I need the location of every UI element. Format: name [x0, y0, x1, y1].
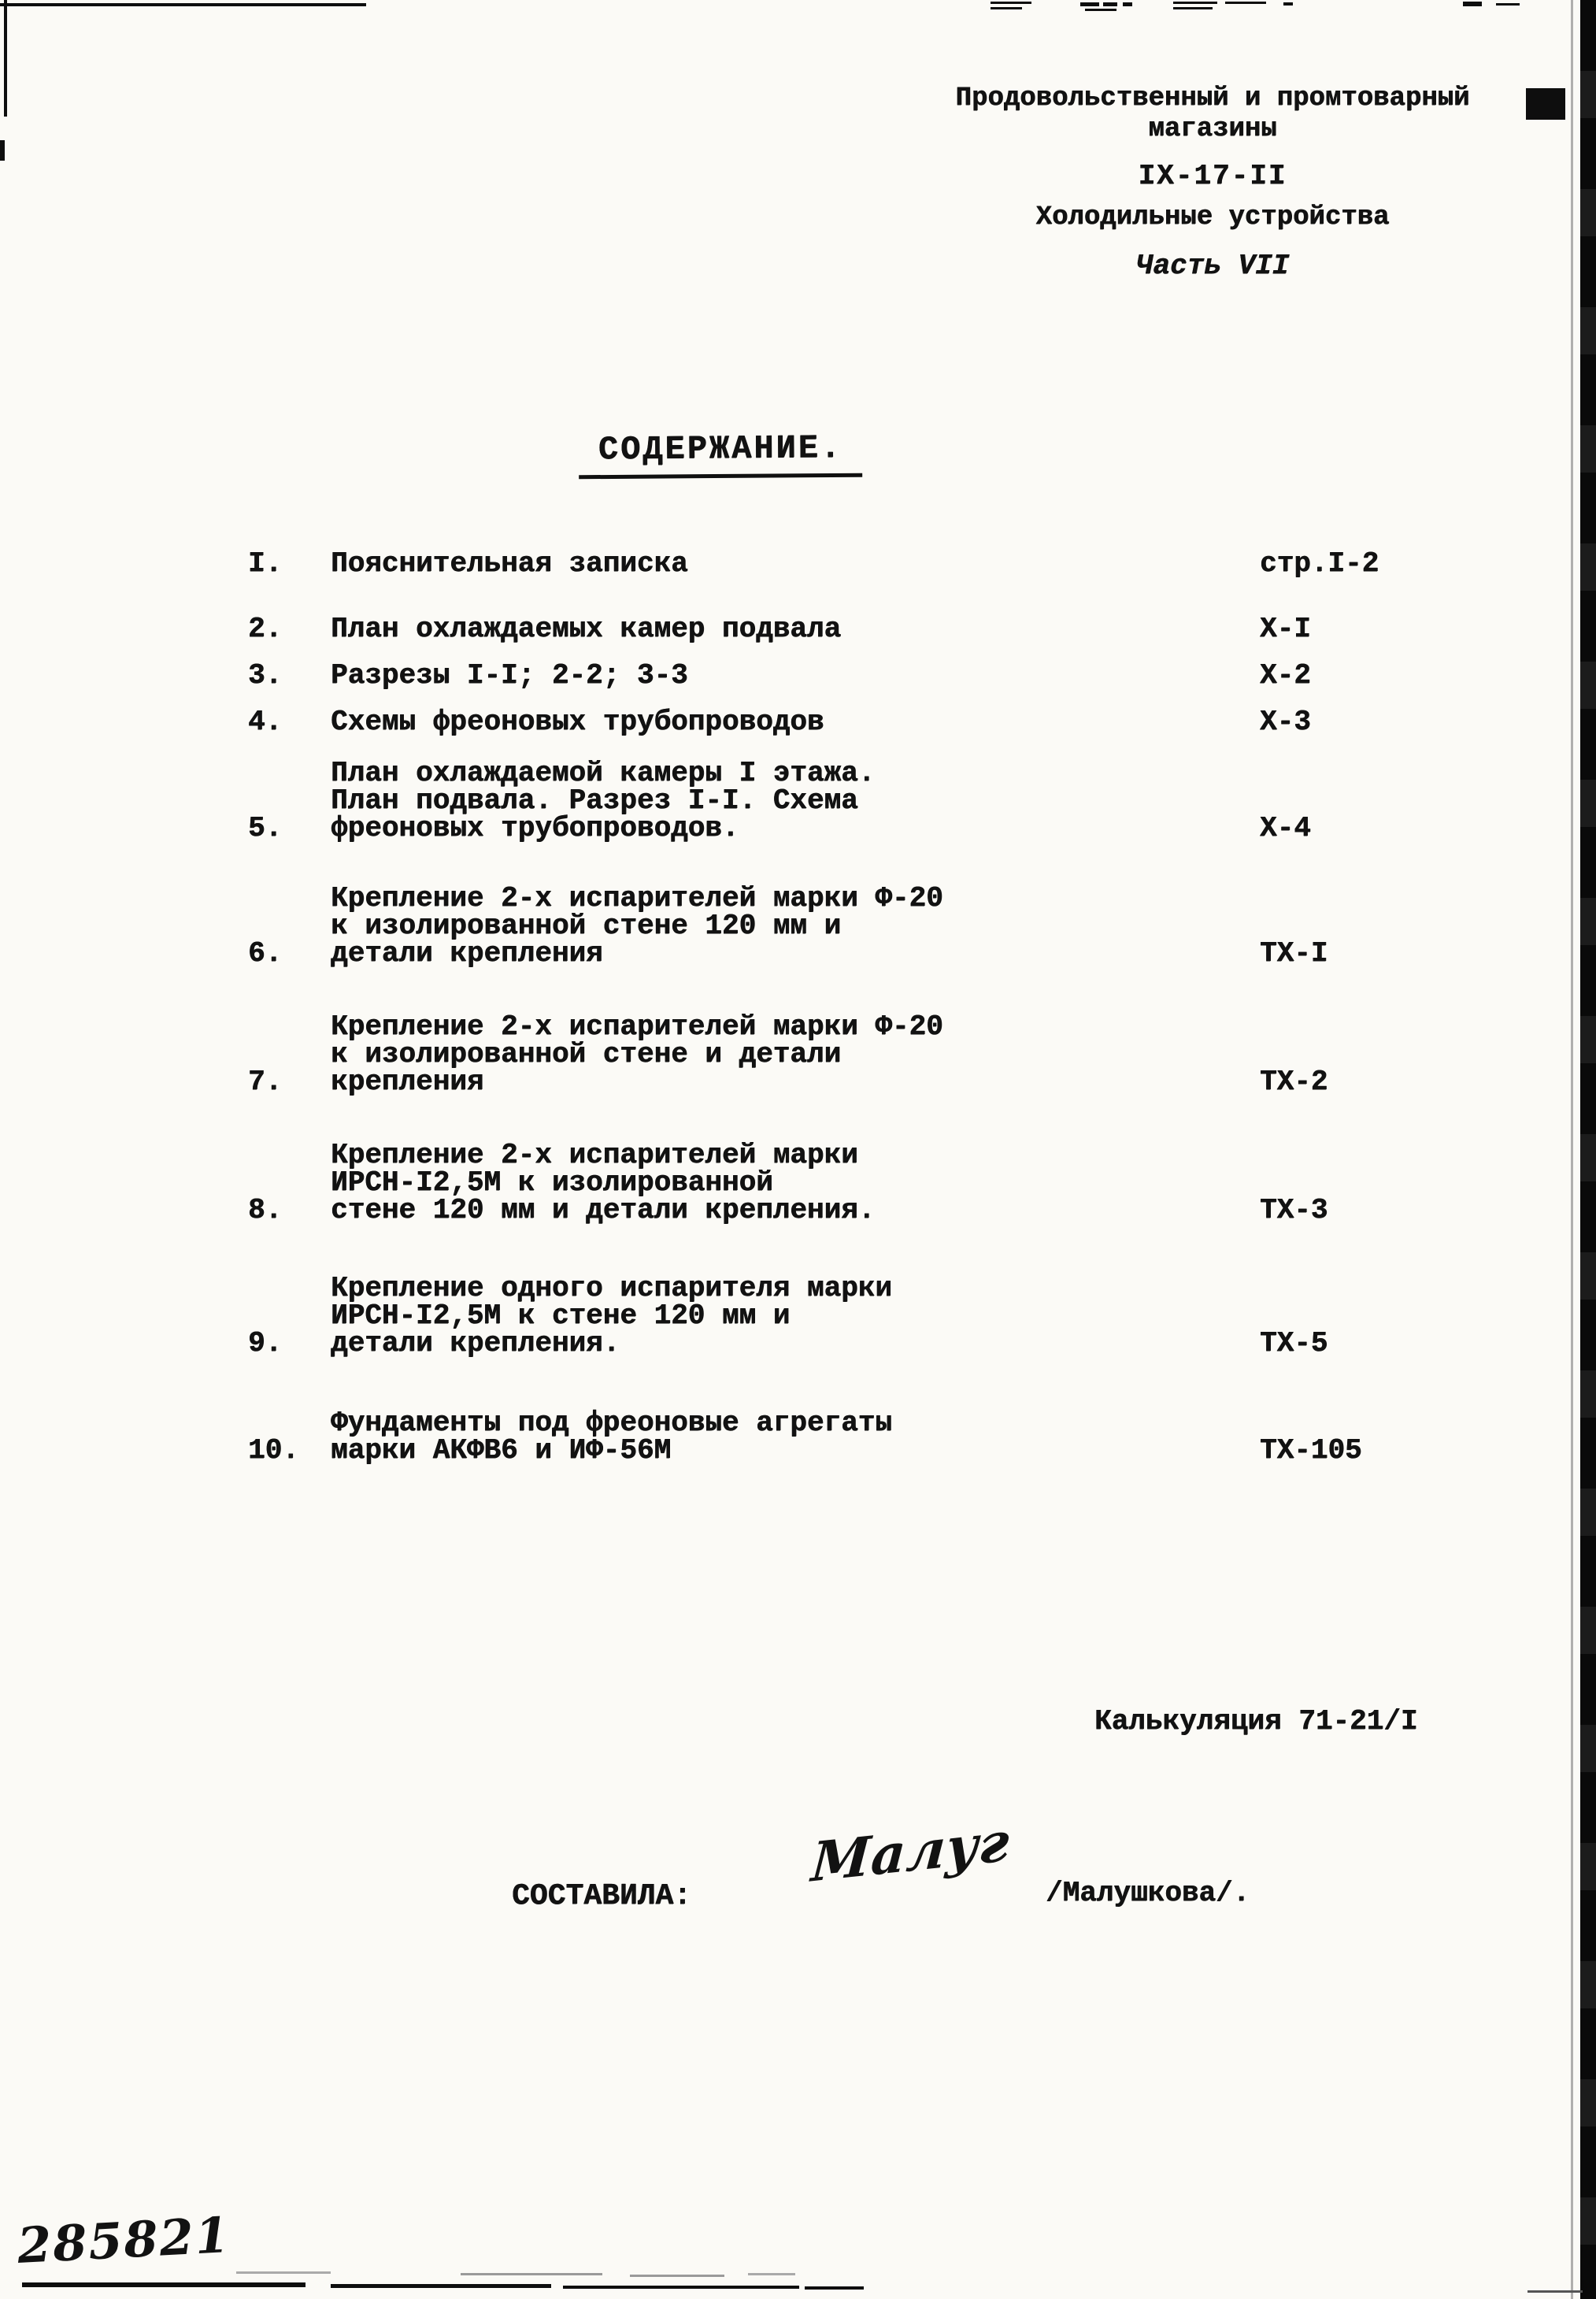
scan-mark-top-dash [1123, 2, 1132, 6]
toc-item-number: 9. [248, 1329, 331, 1357]
left-border-line [4, 0, 7, 117]
page-edge-line [1571, 0, 1573, 2299]
toc-item-number: 6. [248, 940, 331, 967]
calculation-note: Калькуляция 71-21/I [1094, 1708, 1417, 1735]
letterhead-line: Продовольственный и промтоварный [913, 85, 1512, 113]
toc-item-page-ref: ТХ-5 [1260, 1329, 1328, 1357]
table-of-contents: I. Пояснительная записка стр.I-2 2. План… [248, 550, 1405, 1464]
toc-item-number: 10. [248, 1437, 331, 1464]
toc-item-1: I. Пояснительная записка стр.I-2 [248, 550, 1405, 577]
toc-item-number: 7. [248, 1068, 331, 1096]
part-label: Часть VII [913, 252, 1512, 280]
toc-item-page-ref: ТХ-2 [1260, 1068, 1328, 1096]
scan-mark-top-dash [1283, 2, 1293, 6]
toc-item-title: Фундаменты под фреоновые агрегаты марки … [331, 1409, 1260, 1464]
toc-item-title: Крепление 2-х испарителей марки Ф-20 к и… [331, 884, 1260, 967]
scan-mark-bottom-ghost [236, 2271, 331, 2274]
bottom-edge-line [805, 2286, 864, 2290]
scan-mark-top-dash [1173, 2, 1217, 4]
scan-mark-bottom-ghost [630, 2275, 724, 2277]
toc-item-9: 9. Крепление одного испарителя марки ИРС… [248, 1274, 1405, 1357]
scan-mark-top-dash [1496, 3, 1520, 6]
scan-mark-bottom-ghost [1527, 2290, 1583, 2293]
bottom-edge-line [22, 2282, 305, 2287]
toc-item-title: Крепление 2-х испарителей марки ИРСН-I2,… [331, 1141, 1260, 1224]
toc-item-page-ref: ТХ-3 [1260, 1196, 1328, 1224]
toc-item-page-ref: X-2 [1260, 662, 1311, 689]
scan-mark-top-dash [1225, 2, 1266, 4]
letterhead-line: магазины [913, 116, 1512, 143]
scan-mark-bottom-ghost [748, 2273, 795, 2275]
scan-mark-top-dash [1080, 2, 1099, 6]
signature-handwriting: Малуг [809, 1810, 1012, 1894]
toc-item-number: 4. [248, 708, 331, 736]
scan-mark-right-blob [1526, 88, 1565, 120]
top-border-line [0, 3, 366, 6]
contents-title: СОДЕРЖАНИЕ. [579, 431, 862, 480]
toc-item-7: 7. Крепление 2-х испарителей марки Ф-20 … [248, 1013, 1405, 1096]
bottom-edge-line [563, 2286, 799, 2289]
toc-item-title: Крепление 2-х испарителей марки Ф-20 к и… [331, 1013, 1260, 1096]
toc-item-2: 2. План охлаждаемых камер подвала X-I [248, 615, 1405, 643]
toc-item-number: 8. [248, 1196, 331, 1224]
scan-mark-top-dash [1463, 2, 1482, 6]
toc-item-title: Пояснительная записка [331, 550, 1260, 577]
toc-item-number: 3. [248, 662, 331, 689]
archive-number-handwriting: 285821 [16, 2206, 231, 2275]
toc-item-6: 6. Крепление 2-х испарителей марки Ф-20 … [248, 884, 1405, 967]
toc-item-page-ref: X-4 [1260, 814, 1311, 842]
toc-item-4: 4. Схемы фреоновых трубопроводов X-3 [248, 708, 1405, 736]
toc-item-title: Схемы фреоновых трубопроводов [331, 708, 1260, 736]
compiled-by-label: СОСТАВИЛА: [512, 1882, 691, 1910]
signature-name: /Малушкова/. [1046, 1879, 1250, 1907]
scan-mark-top-dash [991, 2, 1031, 4]
bottom-edge-line [331, 2284, 551, 2288]
toc-item-page-ref: стр.I-2 [1260, 550, 1379, 577]
scan-mark-bottom-ghost [461, 2273, 602, 2275]
scan-mark-top-dash [1085, 9, 1116, 11]
page-edge-strip [1580, 0, 1596, 2299]
toc-item-8: 8. Крепление 2-х испарителей марки ИРСН-… [248, 1141, 1405, 1224]
toc-item-3: 3. Разрезы I-I; 2-2; 3-3 X-2 [248, 662, 1405, 689]
scan-mark-top-dash [1173, 7, 1213, 9]
toc-item-title: Крепление одного испарителя марки ИРСН-I… [331, 1274, 1260, 1357]
toc-item-title: План охлаждаемой камеры I этажа. План по… [331, 759, 1260, 842]
scan-mark-top-dash [991, 7, 1022, 9]
toc-item-page-ref: ТХ-105 [1260, 1437, 1362, 1464]
toc-item-10: 10. Фундаменты под фреоновые агрегаты ма… [248, 1409, 1405, 1464]
toc-item-number: 2. [248, 615, 331, 643]
letterhead: Продовольственный и промтоварный магазин… [913, 85, 1512, 280]
scan-mark-left-edge [0, 140, 5, 161]
document-page: Продовольственный и промтоварный магазин… [0, 0, 1596, 2299]
toc-item-page-ref: X-3 [1260, 708, 1311, 736]
section-name: Холодильные устройства [913, 204, 1512, 232]
toc-item-page-ref: X-I [1260, 615, 1311, 643]
toc-item-page-ref: ТХ-I [1260, 940, 1328, 967]
scan-mark-top-dash [1103, 2, 1117, 6]
toc-item-title: План охлаждаемых камер подвала [331, 615, 1260, 643]
toc-item-title: Разрезы I-I; 2-2; 3-3 [331, 662, 1260, 689]
project-code: IX-17-II [913, 162, 1512, 190]
toc-item-number: I. [248, 550, 331, 577]
toc-item-number: 5. [248, 814, 331, 842]
toc-item-5: 5. План охлаждаемой камеры I этажа. План… [248, 759, 1405, 842]
